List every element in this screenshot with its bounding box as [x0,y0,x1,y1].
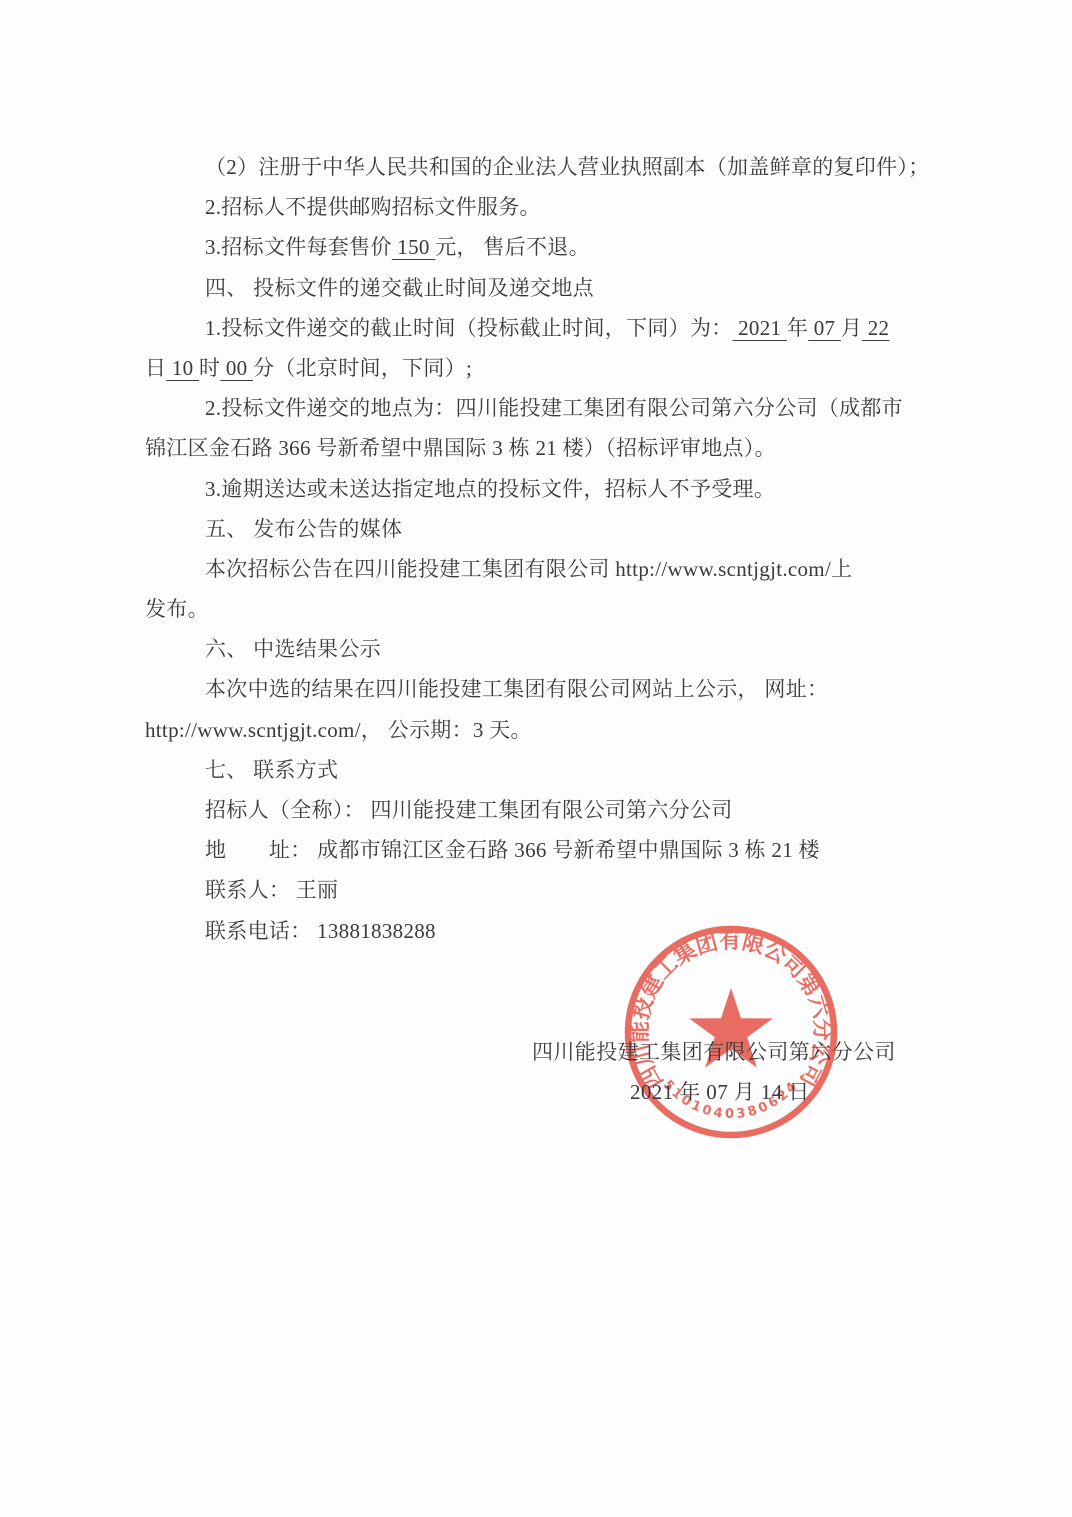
text-run: 联系人： 王丽 [205,878,338,902]
text-run: 1.投标文件递交的截止时间（投标截止时间，下同）为： [205,316,733,340]
text-run: 年 [787,316,808,340]
deadline-month: 07 [808,316,841,340]
text-run: 时 [199,356,220,380]
doc-line: （2）注册于中华人民共和国的企业法人营业执照副本（加盖鲜章的复印件）； [145,147,945,187]
text-run: http://www.scntjgjt.com/， 公示期：3 天。 [145,718,532,742]
text-run: 3.招标文件每套售价 [205,235,392,259]
doc-line: 发布。 [145,589,945,629]
tender-announcement-document: （2）注册于中华人民共和国的企业法人营业执照副本（加盖鲜章的复印件）； 2.招标… [0,0,1072,1517]
contact-person-line: 联系人： 王丽 [145,870,945,910]
text-run: 分（北京时间，下同）; [253,356,472,380]
text-run: 2.招标人不提供邮购招标文件服务。 [205,195,541,219]
doc-line: 1.投标文件递交的截止时间（投标截止时间，下同）为： 2021 年 07 月 2… [145,308,945,348]
section-heading-6: 六、 中选结果公示 [145,629,945,669]
text-run: 3.逾期送达或未送达指定地点的投标文件，招标人不予受理。 [205,477,775,501]
section-heading-4: 四、 投标文件的递交截止时间及递交地点 [145,268,945,308]
document-body: （2）注册于中华人民共和国的企业法人营业执照副本（加盖鲜章的复印件）； 2.招标… [145,147,945,951]
price-value: 150 [392,235,436,259]
text-run: 锦江区金石路 366 号新希望中鼎国际 3 栋 21 楼）（招标评审地点）。 [145,436,776,460]
doc-line: 2.招标人不提供邮购招标文件服务。 [145,187,945,227]
text-run: 发布。 [145,597,209,621]
deadline-hour: 10 [166,356,199,380]
text-run: 招标人（全称）： 四川能投建工集团有限公司第六分公司 [205,798,733,822]
tenderer-name-line: 招标人（全称）： 四川能投建工集团有限公司第六分公司 [145,790,945,830]
text-run: 联系电话： 13881838288 [205,919,436,943]
doc-line: 本次中选的结果在四川能投建工集团有限公司网站上公示， 网址： [145,669,945,709]
deadline-year: 2021 [733,316,787,340]
text-run: 本次中选的结果在四川能投建工集团有限公司网站上公示， 网址： [205,677,828,701]
publicity-url: http://www.scntjgjt.com/， 公示期：3 天。 [145,710,945,750]
doc-line: 3.逾期送达或未送达指定地点的投标文件，招标人不予受理。 [145,469,945,509]
text-run: 元， 售后不退。 [435,235,590,259]
text-run: 四、 投标文件的递交截止时间及递交地点 [205,276,594,300]
doc-line: 本次招标公告在四川能投建工集团有限公司 http://www.scntjgjt.… [145,549,945,589]
signature-company-name: 四川能投建工集团有限公司第六分公司 [532,1036,896,1066]
text-run: 月 [841,316,862,340]
text-run: 日 [145,356,166,380]
company-seal: 四川能投建工集团有限公司第六分公司 5101040380624 [619,920,843,1144]
announcement-url: 本次招标公告在四川能投建工集团有限公司 http://www.scntjgjt.… [205,557,852,581]
doc-line: 2.投标文件递交的地点为：四川能投建工集团有限公司第六分公司（成都市 [145,388,945,428]
text-run: 五、 发布公告的媒体 [205,517,402,541]
text-run: 2.投标文件递交的地点为：四川能投建工集团有限公司第六分公司（成都市 [205,396,903,420]
deadline-minute: 00 [220,356,253,380]
text-run: 六、 中选结果公示 [205,637,381,661]
text-run: 地 址： 成都市锦江区金石路 366 号新希望中鼎国际 3 栋 21 楼 [205,838,820,862]
section-heading-5: 五、 发布公告的媒体 [145,509,945,549]
signature-date: 2021 年 07 月 14 日 [630,1076,810,1106]
doc-line: 日 10 时 00 分（北京时间，下同）; [145,348,945,388]
deadline-day: 22 [862,316,889,340]
doc-line: 锦江区金石路 366 号新希望中鼎国际 3 栋 21 楼）（招标评审地点）。 [145,428,945,468]
address-line: 地 址： 成都市锦江区金石路 366 号新希望中鼎国际 3 栋 21 楼 [145,830,945,870]
section-heading-7: 七、 联系方式 [145,750,945,790]
doc-line: 3.招标文件每套售价 150 元， 售后不退。 [145,227,945,267]
text-run: 七、 联系方式 [205,758,338,782]
text-run: （2）注册于中华人民共和国的企业法人营业执照副本（加盖鲜章的复印件）； [205,155,930,179]
